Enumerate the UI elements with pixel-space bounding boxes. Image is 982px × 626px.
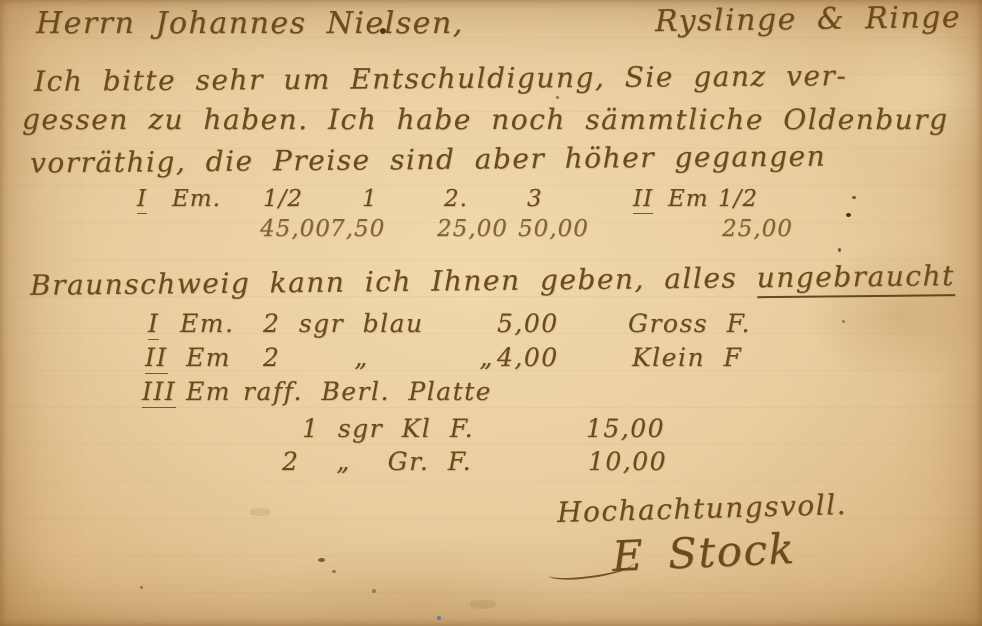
ink-speck-blue — [437, 616, 441, 620]
braunschweig-text: Braunschweig kann ich Ihnen geben, alles — [30, 261, 757, 302]
ink-speck — [846, 213, 851, 217]
salutation-place: Ryslinge & Ringe — [655, 0, 962, 39]
item1-unit: Em. — [180, 309, 234, 338]
braunschweig-line: Braunschweig kann ich Ihnen geben, alles… — [30, 259, 955, 302]
oldenburg-group1-unit: Em. — [172, 186, 221, 212]
body-line-1: Ich bitte sehr um Entschuldigung, Sie ga… — [34, 59, 848, 98]
oldenburg-price-half: 45,00 — [260, 216, 331, 242]
oldenburg-col-half: 1/2 — [263, 186, 303, 212]
ink-speck — [852, 196, 856, 199]
oldenburg-group2-numeral: II — [633, 186, 653, 214]
item1-desc: 2 sgr blau — [263, 309, 424, 338]
item3-unit: Em — [186, 377, 231, 406]
postcard-scan: Herrn Johannes Nielsen, Ryslinge & Ringe… — [0, 0, 982, 626]
signature: E Stock — [611, 524, 796, 581]
ink-speck — [556, 96, 559, 99]
sub1-desc: 1 sgr Kl F. — [302, 414, 474, 443]
oldenburg-group2-unit: Em — [668, 186, 709, 212]
ink-speck — [332, 570, 336, 573]
ink-speck — [372, 589, 376, 593]
item2-price: 4,00 — [497, 343, 559, 372]
item1-numeral: I — [148, 309, 159, 340]
oldenburg-col-two: 2. — [444, 186, 468, 212]
smudge-mark — [470, 600, 496, 609]
braunschweig-underlined-word: ungebraucht — [757, 259, 955, 298]
item2-desc: 2 „ „ — [263, 343, 494, 372]
oldenburg-price-three: 50,00 — [518, 216, 589, 242]
sub1-price: 15,00 — [586, 414, 665, 443]
ink-speck — [838, 248, 841, 252]
oldenburg-group2-col: 1/2 — [718, 186, 758, 212]
body-line-3: vorräthig, die Preise sind aber höher ge… — [30, 140, 826, 180]
item2-unit: Em — [186, 343, 231, 372]
smudge-mark — [250, 508, 270, 516]
oldenburg-col-three: 3 — [527, 186, 543, 212]
salutation-name: Herrn Johannes Nielsen, — [36, 6, 464, 41]
sub2-desc: 2 „ Gr. F. — [282, 447, 472, 476]
oldenburg-group1-numeral: I — [137, 186, 147, 214]
oldenburg-group2-price: 25,00 — [722, 216, 793, 242]
sub2-price: 10,00 — [588, 447, 667, 476]
body-line-2: gessen zu haben. Ich habe noch sämmtlich… — [22, 103, 949, 136]
ink-speck — [140, 586, 143, 589]
item3-numeral: III — [142, 377, 176, 408]
item2-numeral: II — [145, 343, 168, 374]
item2-note: Klein F — [632, 343, 742, 372]
oldenburg-price-one: 7,50 — [330, 216, 385, 242]
oldenburg-price-two: 25,00 — [437, 216, 508, 242]
ink-speck — [842, 320, 845, 323]
item1-note: Gross F. — [628, 309, 751, 338]
ink-speck — [318, 558, 325, 562]
item1-price: 5,00 — [497, 309, 559, 338]
closing-line: Hochachtungsvoll. — [557, 488, 848, 529]
item3-desc: raff. Berl. Platte — [243, 377, 492, 406]
oldenburg-col-one: 1 — [362, 186, 378, 212]
